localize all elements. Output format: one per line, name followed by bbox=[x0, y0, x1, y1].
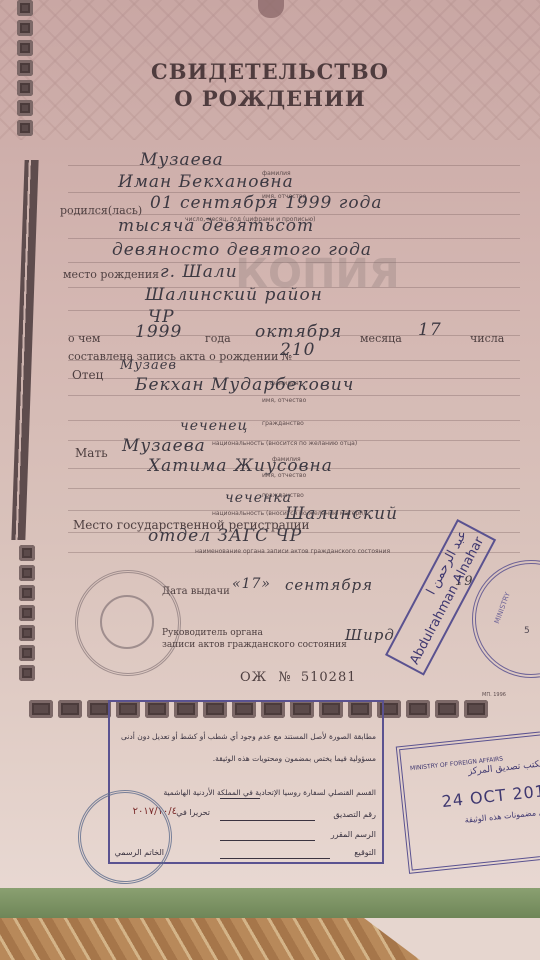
ornament-knot-icon bbox=[19, 605, 35, 621]
fee-label: الرسم المقرر bbox=[331, 830, 376, 839]
registration-caption: наименование органа записи актов граждан… bbox=[195, 548, 390, 555]
green-table-edge bbox=[0, 888, 540, 918]
ministry-round-stamp: MINISTRY 5 bbox=[472, 560, 540, 678]
record-year-label: года bbox=[205, 332, 231, 345]
ornament-knot-icon bbox=[19, 665, 35, 681]
father-nationality: чеченец bbox=[180, 418, 248, 434]
registrar-signature: Ширд bbox=[345, 626, 395, 644]
record-year: 1999 bbox=[135, 322, 182, 342]
certificate-series: ОЖ № 510281 bbox=[240, 670, 357, 685]
cert-number-line bbox=[220, 820, 315, 821]
ornament-knot-icon bbox=[17, 120, 33, 136]
certification-number-label: رقم التصديق bbox=[333, 810, 376, 819]
ornament-knot-icon bbox=[435, 700, 459, 718]
rule-line bbox=[68, 238, 520, 239]
written-on-label: تحريرا في bbox=[176, 808, 210, 817]
rule-line bbox=[68, 395, 520, 396]
title-line-1: СВИДЕТЕЛЬСТВО bbox=[0, 58, 540, 85]
number-sign: № bbox=[278, 670, 291, 685]
consular-text-line-2: مسؤولية فيما يختص بمضمون ومحتويات هذه ال… bbox=[213, 754, 376, 763]
ornament-knot-icon bbox=[19, 625, 35, 641]
consular-text-line-1: مطابقة الصورة لأصل المستند مع عدم وجود أ… bbox=[121, 732, 376, 741]
child-name-patronymic: Иман Бекхановна bbox=[118, 172, 294, 192]
record-number-label: составлена запись акта о рождении № bbox=[68, 350, 292, 363]
written-on-line bbox=[220, 798, 260, 799]
ornament-knot-icon bbox=[19, 545, 35, 561]
record-number: 210 bbox=[280, 340, 315, 360]
birth-date-line-1: 01 сентября 1999 года bbox=[150, 193, 383, 213]
issue-date-label: Дата выдачи bbox=[162, 586, 230, 597]
signature-line bbox=[220, 858, 330, 859]
rule-line bbox=[68, 488, 520, 489]
mother-name-caption: имя, отчество bbox=[262, 472, 306, 479]
registrar-head-label-2: записи актов гражданского состояния bbox=[162, 640, 347, 650]
embassy-round-seal bbox=[78, 790, 172, 884]
ornament-knot-icon bbox=[19, 585, 35, 601]
issue-day: «17» bbox=[232, 576, 271, 592]
father-name-patronymic: Бекхан Мударбекович bbox=[135, 375, 354, 395]
fee-line bbox=[220, 840, 315, 841]
record-about-label: о чем bbox=[68, 332, 100, 345]
ministry-stamp-date: 24 OCT 2017 bbox=[441, 780, 540, 811]
father-name-caption: имя, отчество bbox=[262, 397, 306, 404]
consular-text-line-3: القسم القنصلي لسفارة روسيا الإتحادية في … bbox=[163, 788, 376, 797]
registration-line-2: отдел ЗАГС ЧР bbox=[148, 526, 302, 546]
record-day-label: числа bbox=[470, 332, 504, 345]
child-surname: Музаева bbox=[140, 150, 224, 170]
signature-label: التوقيع bbox=[354, 848, 376, 857]
record-month: октября bbox=[255, 322, 342, 342]
birthplace-label: место рождения bbox=[63, 268, 159, 281]
title-line-2: О РОЖДЕНИИ bbox=[0, 85, 540, 112]
series-label: ОЖ bbox=[240, 670, 267, 685]
ministry-fee-stamp: 5 bbox=[524, 626, 530, 636]
ornament-knot-icon bbox=[406, 700, 430, 718]
rule-line bbox=[68, 310, 520, 311]
birth-date-line-2: тысяча девятьсот bbox=[118, 216, 314, 236]
rule-line bbox=[68, 262, 520, 263]
ministry-apostille-stamp: MINISTRY OF FOREIGN AFFAIRS مكتب تصديق ا… bbox=[396, 730, 540, 874]
ornament-knot-icon bbox=[17, 0, 33, 16]
form-code: МП. 1996 bbox=[482, 692, 506, 698]
ornament-knot-icon bbox=[17, 20, 33, 36]
rule-line bbox=[68, 165, 520, 166]
birthplace-line-2: Шалинский район bbox=[145, 285, 323, 305]
mother-nationality: чеченка bbox=[225, 490, 292, 506]
mother-surname: Музаева bbox=[122, 436, 206, 456]
ornament-knot-icon bbox=[58, 700, 82, 718]
father-surname: Музаев bbox=[120, 358, 177, 373]
birth-date-line-3: девяносто девятого года bbox=[112, 240, 372, 260]
ministry-round-label: MINISTRY bbox=[493, 591, 512, 625]
record-day: 17 bbox=[418, 320, 442, 340]
registration-line-1: Шалинский bbox=[285, 504, 398, 524]
ornament-knot-icon bbox=[19, 645, 35, 661]
ornament-knot-icon bbox=[19, 565, 35, 581]
issue-month: сентября bbox=[285, 576, 373, 594]
father-label: Отец bbox=[72, 368, 103, 382]
mother-label: Мать bbox=[75, 446, 108, 460]
father-nationality-caption: национальность (вносится по желанию отца… bbox=[212, 440, 357, 447]
ministry-note: عن مضمونات هذه الوثيقة bbox=[464, 807, 540, 825]
birth-certificate-paper: СВИДЕТЕЛЬСТВО О РОЖДЕНИИ КОПИЯ Музаева ф… bbox=[0, 0, 540, 890]
seal-inner-ring bbox=[100, 595, 154, 649]
registrar-head-label-1: Руководитель органа bbox=[162, 628, 263, 638]
certificate-number: 510281 bbox=[301, 670, 357, 685]
ornament-knot-icon bbox=[464, 700, 488, 718]
father-citizenship-caption: гражданство bbox=[262, 420, 304, 427]
ornamental-bar bbox=[11, 160, 38, 540]
record-month-label: месяца bbox=[360, 332, 402, 345]
birthplace-line-1: г. Шали bbox=[160, 262, 238, 282]
document-title: СВИДЕТЕЛЬСТВО О РОЖДЕНИИ bbox=[0, 58, 540, 112]
ornament-knot-icon bbox=[29, 700, 53, 718]
ornamental-border-left-lower bbox=[20, 545, 35, 685]
ornament-knot-icon bbox=[17, 40, 33, 56]
